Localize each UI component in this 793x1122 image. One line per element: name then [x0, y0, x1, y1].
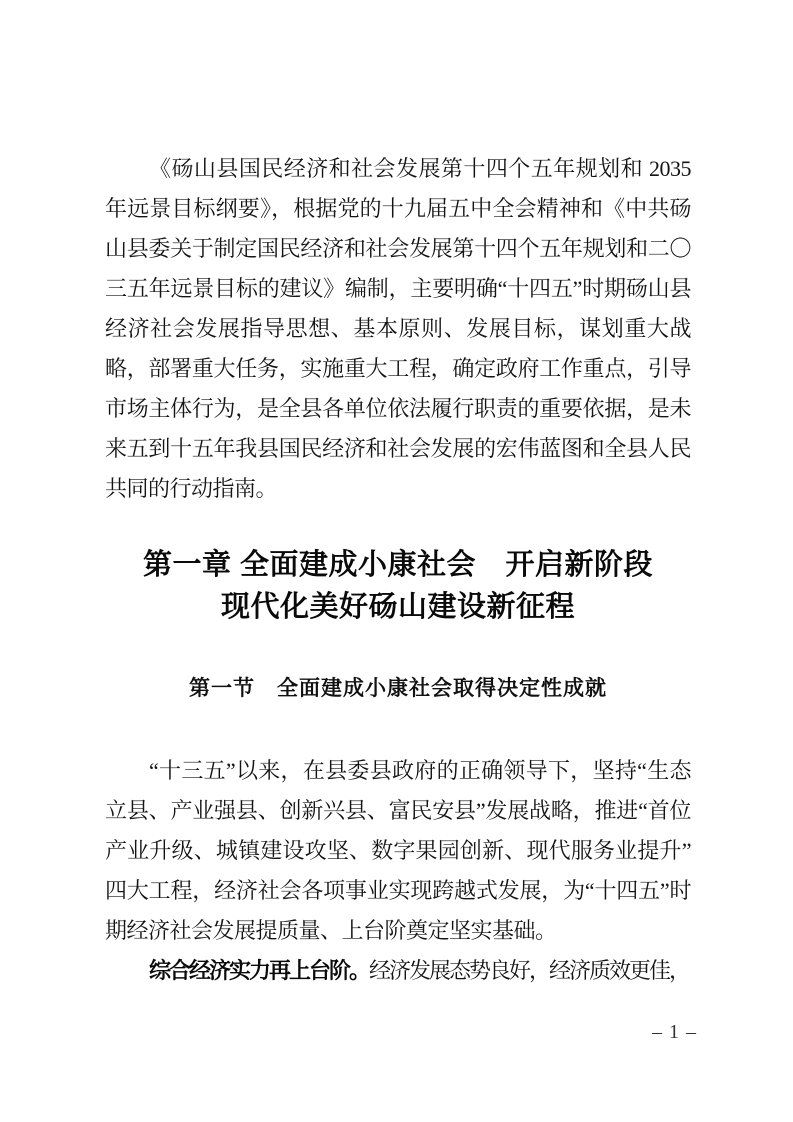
section-paragraph: “十三五”以来，在县委县政府的正确领导下，坚持“生态立县、产业强县、创新兴县、富…	[105, 751, 691, 951]
document-content: 《砀山县国民经济和社会发展第十四个五年规划和 2035 年远景目标纲要》，根据党…	[105, 0, 691, 991]
document-page: 《砀山县国民经济和社会发展第十四个五年规划和 2035 年远景目标纲要》，根据党…	[0, 0, 793, 1122]
achievement-paragraph: 综合经济实力再上台阶。经济发展态势良好，经济质效更佳，	[105, 951, 691, 991]
achievement-lead-sentence: 综合经济实力再上台阶。	[149, 958, 369, 983]
intro-paragraph: 《砀山县国民经济和社会发展第十四个五年规划和 2035 年远景目标纲要》，根据党…	[105, 149, 691, 509]
section-heading: 第一节 全面建成小康社会取得决定性成就	[105, 674, 691, 704]
achievement-body-text: 经济发展态势良好，经济质效更佳，	[369, 958, 689, 983]
chapter-heading-line-1: 第一章 全面建成小康社会 开启新阶段	[105, 544, 691, 586]
chapter-heading: 第一章 全面建成小康社会 开启新阶段 现代化美好砀山建设新征程	[105, 544, 691, 628]
chapter-heading-line-2: 现代化美好砀山建设新征程	[105, 586, 691, 628]
page-number-text: – 1 –	[652, 1021, 697, 1043]
page-number: – 1 –	[652, 1020, 697, 1044]
